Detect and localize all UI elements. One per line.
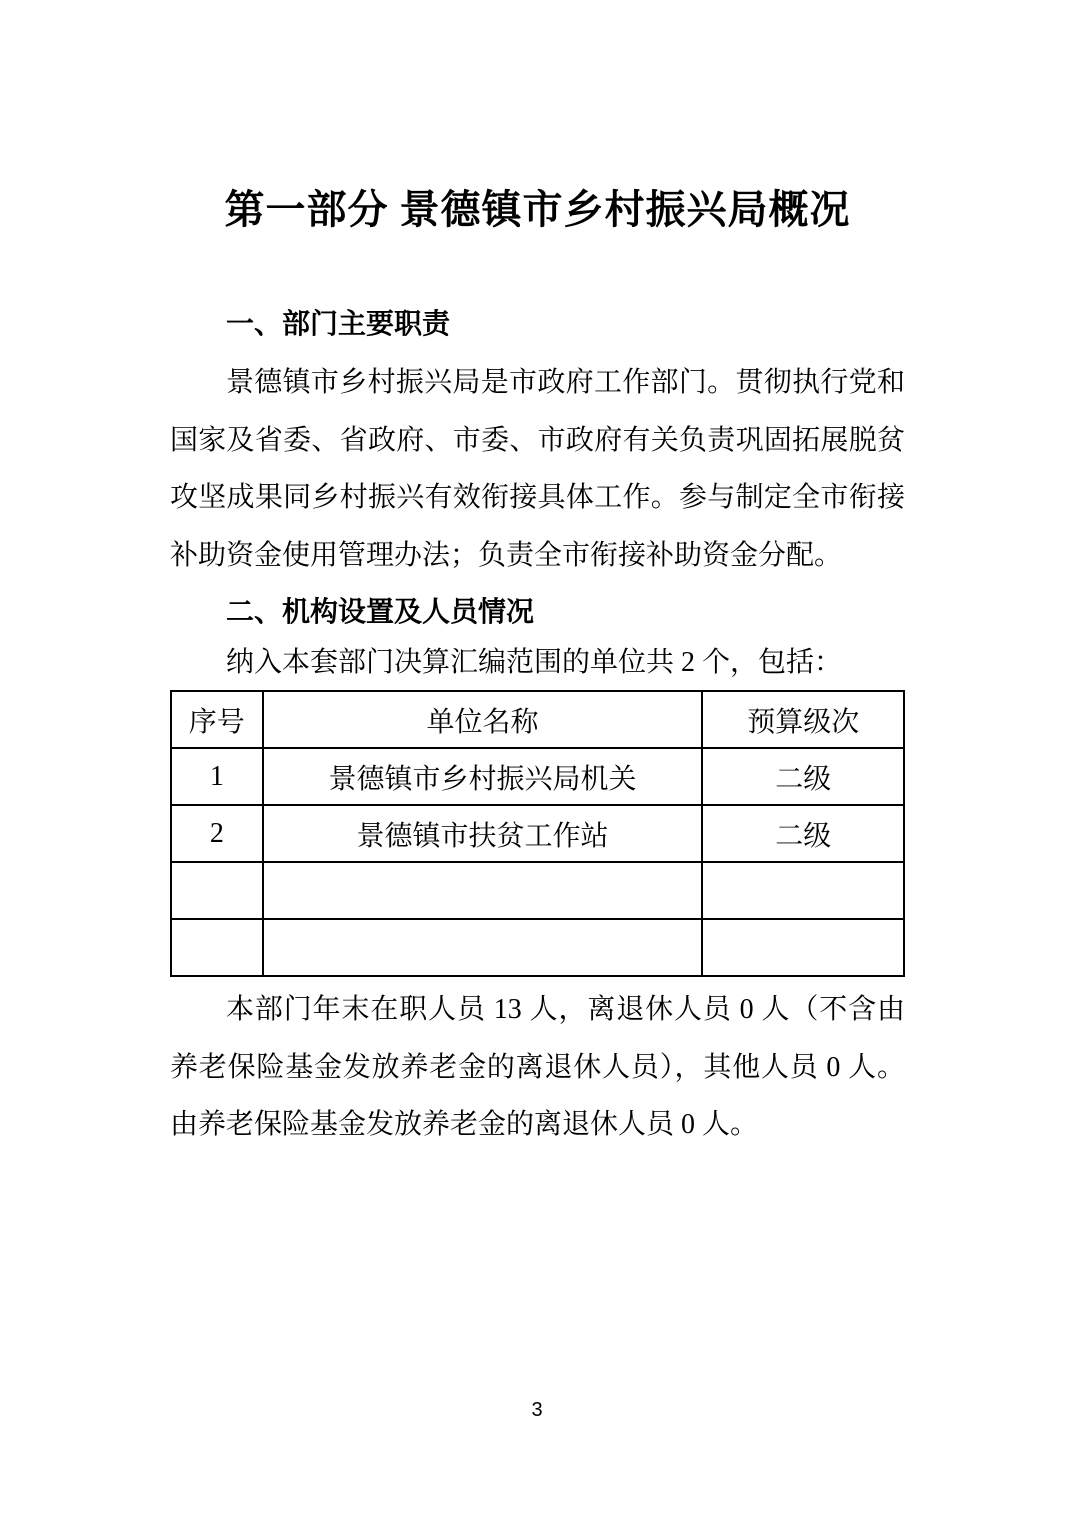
units-table: 序号 单位名称 预算级次 1 景德镇市乡村振兴局机关 二级 2 景德镇市扶贫工作… xyxy=(170,690,905,977)
document-title: 第一部分 景德镇市乡村振兴局概况 xyxy=(170,180,905,240)
header-cell-level: 预算级次 xyxy=(702,691,904,748)
section-1-heading: 一、部门主要职责 xyxy=(170,304,905,344)
section-1-paragraph: 景德镇市乡村振兴局是市政府工作部门。贯彻执行党和国家及省委、省政府、市委、市政府… xyxy=(170,354,905,584)
cell-level xyxy=(702,862,904,919)
section-2-heading: 二、机构设置及人员情况 xyxy=(170,592,905,632)
cell-level: 二级 xyxy=(702,748,904,805)
cell-level xyxy=(702,919,904,976)
section-2-paragraph: 本部门年末在职人员 13 人，离退休人员 0 人（不含由养老保险基金发放养老金的… xyxy=(170,981,905,1154)
header-cell-index: 序号 xyxy=(171,691,263,748)
header-cell-name: 单位名称 xyxy=(263,691,703,748)
cell-name xyxy=(263,919,703,976)
table-row: 1 景德镇市乡村振兴局机关 二级 xyxy=(171,748,904,805)
cell-name xyxy=(263,862,703,919)
cell-index: 1 xyxy=(171,748,263,805)
cell-name: 景德镇市乡村振兴局机关 xyxy=(263,748,703,805)
table-row-empty xyxy=(171,919,904,976)
cell-level: 二级 xyxy=(702,805,904,862)
cell-index: 2 xyxy=(171,805,263,862)
table-row: 2 景德镇市扶贫工作站 二级 xyxy=(171,805,904,862)
document-page: 第一部分 景德镇市乡村振兴局概况 一、部门主要职责 景德镇市乡村振兴局是市政府工… xyxy=(0,0,1074,1520)
table-row-empty xyxy=(171,862,904,919)
section-2-intro: 纳入本套部门决算汇编范围的单位共 2 个，包括： xyxy=(170,638,905,688)
cell-index xyxy=(171,862,263,919)
table-header-row: 序号 单位名称 预算级次 xyxy=(171,691,904,748)
cell-name: 景德镇市扶贫工作站 xyxy=(263,805,703,862)
page-number: 3 xyxy=(0,1398,1074,1422)
cell-index xyxy=(171,919,263,976)
